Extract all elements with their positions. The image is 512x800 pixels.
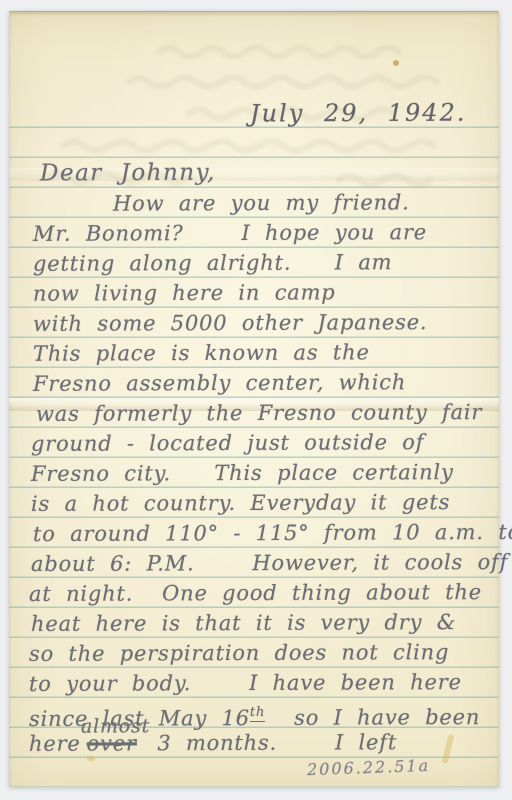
inserted-word: almost [81,712,150,740]
letter-line: ground - located just outside of [31,428,424,458]
letter-paper: July 29, 1942. Dear Johnny, How are you … [9,11,499,787]
letter-line: This place is known as the [33,338,370,367]
letter-line-edited: hereover 3 months. I leftalmost [29,728,397,758]
letter-line: was formerly the Fresno county fair [36,398,482,428]
letter-line: about 6: P.M. However, it cools off [31,548,508,578]
letter-line: to around 110° - 115° from 10 a.m. to [33,518,512,548]
letter-line: with some 5000 other Japanese. [33,308,427,338]
letter-line: Fresno assembly center, which [33,368,406,398]
letter-line: at night. One good thing about the [29,578,482,608]
letter-line: so the perspiration does not cling [29,638,449,668]
edit-before: here [29,732,81,756]
letter-line: now living here in camp [33,278,336,307]
may-line-post: so I have been [265,705,480,730]
letter-salutation: Dear Johnny, [40,158,216,189]
letter-line: heat here is that it is very dry & [31,608,456,638]
ordinal-suffix: th [250,705,265,722]
letter-line: to your body. I have been here [29,668,462,698]
letter-date: July 29, 1942. [250,98,467,129]
handwritten-text: July 29, 1942. Dear Johnny, How are you … [9,12,499,787]
letter-line: How are you my friend. [113,188,410,217]
scanned-letter: July 29, 1942. Dear Johnny, How are you … [0,0,512,800]
accession-number: 2006.22.51a [307,756,431,779]
letter-line: getting along alright. I am [33,248,392,278]
letter-line: Mr. Bonomi? I hope you are [33,218,427,248]
letter-line: is a hot country. Everyday it gets [31,488,450,518]
letter-line: Fresno city. This place certainly [31,458,454,488]
edit-after: 3 months. I left [143,730,397,755]
